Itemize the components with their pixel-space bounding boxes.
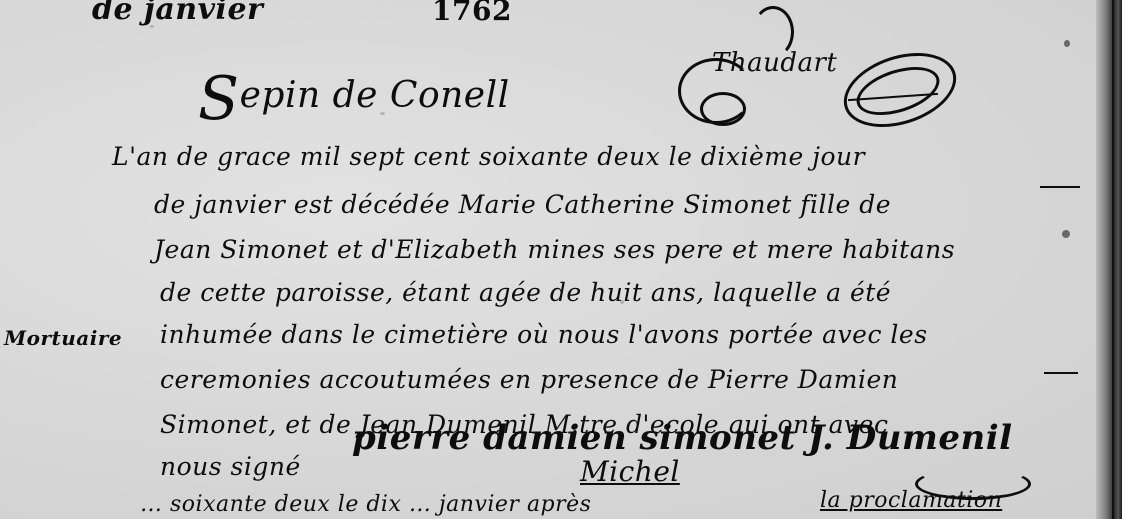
body-line-8: nous signé [160,452,301,481]
signature-flourish [700,92,746,126]
margin-note: Mortuaire [4,326,122,350]
priest-signature: Thaudart [712,48,837,78]
line-filler-rule [1044,372,1078,374]
body-line-5: inhumée dans le cimetière où nous l'avon… [160,320,928,349]
body-line-3: Jean Simonet et d'Elizabeth mines ses pe… [154,235,955,264]
ink-blot [1062,230,1070,238]
witness-signatures: pierre damien simonet J. Dumenil [352,418,1013,458]
body-line-4: de cette paroisse, étant agée de huit an… [160,278,891,307]
page-binding-edge [1096,0,1122,519]
entry-title-initial: S [198,64,240,134]
body-line-1: L'an de grace mil sept cent soixante deu… [112,142,865,171]
entry-title-name: epin de Conell [240,75,510,116]
entry-title: Sepin de Conell [198,52,510,122]
next-entry-tail: la proclamation [820,488,1002,513]
binding-line [1112,0,1114,519]
officiant-signature: Michel [580,455,680,488]
next-entry-fragment: … soixante deux le dix … janvier après [140,492,591,517]
header-year: 1762 [432,0,512,27]
manuscript-page: de janvier 1762 Sepin de Conell Thaudart… [0,0,1122,519]
body-line-6: ceremonies accoutumées en presence de Pi… [160,365,898,394]
header-month: de janvier [92,0,263,27]
ink-blot [1064,40,1070,47]
body-line-2: de janvier est décédée Marie Catherine S… [154,190,891,219]
line-filler-rule [1040,186,1080,188]
